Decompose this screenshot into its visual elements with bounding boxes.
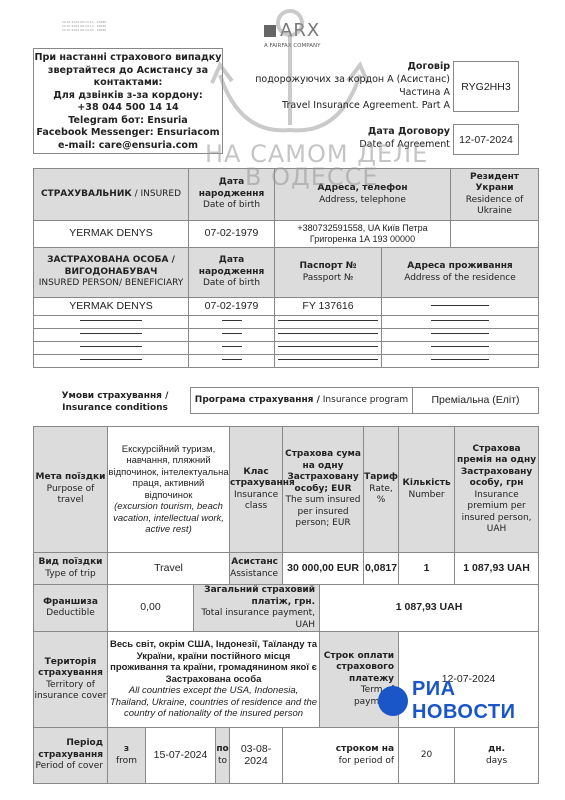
- date-label-en: Date of Agreement: [359, 138, 450, 151]
- agreement-line: Частина А: [255, 86, 450, 99]
- rate-value: 0,0817: [364, 553, 399, 585]
- quantity-header: КількістьNumber: [399, 427, 455, 553]
- agreement-title-block: Договір подорожуючих за кордон А (Асиста…: [255, 60, 450, 112]
- to-date: 03-08-2024: [230, 728, 283, 784]
- person-dob: 07-02-1979: [189, 298, 275, 316]
- insurance-conditions-label: Умови страхування / Insurance conditions: [60, 390, 170, 414]
- insured-resident: [451, 221, 539, 248]
- agreement-number: RYG2HH3: [453, 61, 519, 112]
- class-header: Клас страхуванняInsurance class: [230, 427, 283, 553]
- total-payment-header: Загальний страховий платіж, грн.Total in…: [194, 585, 320, 632]
- person-passport-header: Паспорт №Passport №: [275, 248, 382, 298]
- territory-value: Весь світ, окрім США, Індонезії, Таїланд…: [108, 632, 320, 728]
- trip-type-value: Travel: [108, 553, 230, 585]
- ria-novosti-logo: РИА НОВОСТИ: [378, 678, 565, 724]
- deductible-value: 0,00: [108, 585, 194, 632]
- insured-name-header: СТРАХУВАЛЬНИК / INSURED: [34, 169, 189, 221]
- days-count: 20: [399, 728, 455, 784]
- days-label: дн.days: [455, 728, 539, 784]
- contact-phone: +38 044 500 14 14: [34, 102, 222, 115]
- contact-line: контактами:: [34, 77, 222, 90]
- sum-insured-value: 30 000,00 EUR: [283, 553, 364, 585]
- empty-row: [34, 355, 539, 368]
- insured-dob: 07-02-1979: [189, 221, 275, 248]
- contact-line: При настанні страхового випадку: [34, 52, 222, 65]
- from-date: 15-07-2024: [146, 728, 216, 784]
- person-address: [382, 298, 539, 316]
- premium-header: Страхова премія на одну Застраховану осо…: [455, 427, 539, 553]
- contact-messenger: Facebook Messenger: Ensuriacom: [34, 127, 222, 140]
- period-header: Період страхуванняPeriod of cover: [34, 728, 108, 784]
- from-label: зfrom: [108, 728, 146, 784]
- total-payment-value: 1 087,93 UAH: [320, 585, 539, 632]
- agreement-line: Travel Insurance Agreement. Part A: [255, 99, 450, 112]
- program-label: Програма страхування / Insurance program: [191, 388, 413, 414]
- deductible-header: ФраншизаDeductible: [34, 585, 108, 632]
- person-passport: FY 137616: [275, 298, 382, 316]
- empty-row: [34, 329, 539, 342]
- insured-persons-table: ЗАСТРАХОВАНА ОСОБА / ВИГОДОНАБУВАЧINSURE…: [33, 247, 539, 368]
- insured-dob-header: Дата народженняDate of birth: [189, 169, 275, 221]
- agreement-date-label: Дата Договору Date of Agreement: [359, 125, 450, 151]
- assistance-contact-box: При настанні страхового випадку звертайт…: [33, 48, 223, 154]
- agreement-date: 12-07-2024: [453, 124, 519, 155]
- class-value: АсистансAssistance: [230, 553, 283, 585]
- period-length-label: строком наfor period of: [283, 728, 399, 784]
- to-label: поto: [216, 728, 230, 784]
- agreement-title: Договір: [255, 60, 450, 73]
- person-name: YERMAK DENYS: [34, 298, 189, 316]
- program-value: Преміальна (Еліт): [413, 388, 539, 414]
- territory-header: Територія страхуванняTerritory of insura…: [34, 632, 108, 728]
- table-row: YERMAK DENYS 07-02-1979 FY 137616: [34, 298, 539, 316]
- rate-header: ТарифRate, %: [364, 427, 399, 553]
- purpose-value: Екскурсійний туризм, навчання, пляжний в…: [108, 427, 230, 553]
- person-name-header: ЗАСТРАХОВАНА ОСОБА / ВИГОДОНАБУВАЧINSURE…: [34, 248, 189, 298]
- insured-address: +380732591558, UA Київ Петра Григоренка …: [275, 221, 451, 248]
- contact-email: e-mail: care@ensuria.com: [34, 140, 222, 153]
- print-timestamps: 12.07.2024 09:13:12 - 43686 12.07.2024 0…: [62, 20, 106, 32]
- sum-insured-header: Страхова сума на одну Застраховану особу…: [283, 427, 364, 553]
- agreement-line: подорожуючих за кордон А (Асистанс): [255, 73, 450, 86]
- insurance-program-table: Програма страхування / Insurance program…: [190, 387, 539, 414]
- contact-line: Для дзвінків з-за кордону:: [34, 90, 222, 103]
- purpose-header: Мета поїздкиPurpose of travel: [34, 427, 108, 553]
- person-address-header: Адреса проживанняAddress of the residenc…: [382, 248, 539, 298]
- person-dob-header: Дата народженняDate of birth: [189, 248, 275, 298]
- ria-text: РИА НОВОСТИ: [412, 678, 565, 724]
- insured-address-header: Адреса, телефонAddress, telephone: [275, 169, 451, 221]
- empty-row: [34, 316, 539, 329]
- trip-type-header: Вид поїздкиType of trip: [34, 553, 108, 585]
- insured-name: YERMAK DENYS: [34, 221, 189, 248]
- quantity-value: 1: [399, 553, 455, 585]
- contact-telegram: Telegram бот: Ensuria: [34, 115, 222, 128]
- insured-table: СТРАХУВАЛЬНИК / INSURED Дата народженняD…: [33, 168, 539, 248]
- timestamp: 12.07.2024 09:14:33 - 43686: [62, 28, 106, 32]
- insured-resident-header: Резидент УкраниResidence of Ukraine: [451, 169, 539, 221]
- contact-line: звертайтеся до Асистансу за: [34, 65, 222, 78]
- terms-table: Мета поїздкиPurpose of travel Екскурсійн…: [33, 426, 539, 784]
- date-label-ua: Дата Договору: [359, 125, 450, 138]
- premium-value: 1 087,93 UAH: [455, 553, 539, 585]
- globe-icon: [378, 686, 408, 716]
- empty-row: [34, 342, 539, 355]
